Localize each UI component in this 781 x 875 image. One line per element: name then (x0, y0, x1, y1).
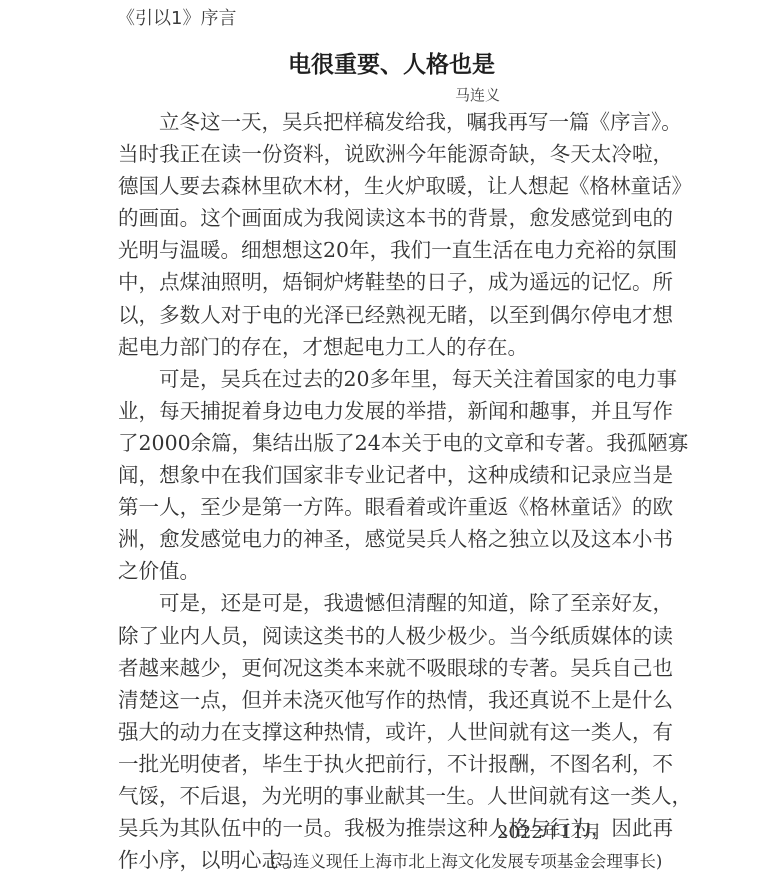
text-line: 闻，想象中在我们国家非专业记者中，这种成绩和记录应当是 (118, 459, 673, 491)
text-line: 立冬这一天，吴兵把样稿发给我，嘱我再写一篇《序言》。 (118, 106, 673, 138)
text-line: 清楚这一点，但并未浇灭他写作的热情，我还真说不上是什么 (118, 684, 673, 716)
text-line: 了2000余篇，集结出版了24本关于电的文章和专著。我孤陋寡 (118, 427, 673, 459)
text-line: 气馁，不后退，为光明的事业献其一生。人世间就有这一类人， (118, 780, 673, 812)
text-line: 当时我正在读一份资料，说欧洲今年能源奇缺，冬天太冷啦， (118, 138, 673, 170)
text-line: 第一人，至少是第一方阵。眼看着或许重返《格林童话》的欧 (118, 491, 673, 523)
paragraph-2: 可是，吴兵在过去的20多年里，每天关注着国家的电力事 业，每天捕捉着身边电力发展… (118, 363, 673, 588)
text-line: 洲，愈发感觉电力的神圣，感觉吴兵人格之独立以及这本小书 (118, 523, 673, 555)
article-body: 立冬这一天，吴兵把样稿发给我，嘱我再写一篇《序言》。 当时我正在读一份资料，说欧… (118, 106, 673, 875)
text-line: 光明与温暖。细想想这20年，我们一直生活在电力充裕的氛围 (118, 234, 673, 266)
text-line: 的画面。这个画面成为我阅读这本书的背景，愈发感觉到电的 (118, 202, 673, 234)
text-line: 业，每天捕捉着身边电力发展的举措，新闻和趣事，并且写作 (118, 395, 673, 427)
text-line: 起电力部门的存在，才想起电力工人的存在。 (118, 331, 673, 363)
text-line: 之价值。 (118, 555, 673, 587)
text-line: 强大的动力在支撑这种热情，或许，人世间就有这一类人，有 (118, 716, 673, 748)
text-line: 德国人要去森林里砍木材，生火炉取暖，让人想起《格林童话》 (118, 170, 673, 202)
section-label: 《引以1》序言 (117, 4, 236, 30)
text-line: 以，多数人对于电的光泽已经熟视无睹，以至到偶尔停电才想 (118, 299, 673, 331)
article-date: 2022年11月 (497, 818, 602, 844)
paragraph-1: 立冬这一天，吴兵把样稿发给我，嘱我再写一篇《序言》。 当时我正在读一份资料，说欧… (118, 106, 673, 363)
text-line: 除了业内人员，阅读这类书的人极少极少。当今纸质媒体的读 (118, 620, 673, 652)
author-note: (马连义现任上海市北上海文化发展专项基金会理事长) (270, 848, 662, 872)
text-line: 可是，吴兵在过去的20多年里，每天关注着国家的电力事 (118, 363, 673, 395)
article-author: 马连义 (455, 84, 500, 105)
article-title: 电很重要、人格也是 (0, 46, 781, 79)
text-line: 可是，还是可是，我遗憾但清醒的知道，除了至亲好友， (118, 587, 673, 619)
text-line: 中，点煤油照明，焐铜炉烤鞋垫的日子，成为遥远的记忆。所 (118, 266, 673, 298)
text-line: 一批光明使者，毕生于执火把前行，不计报酬，不图名利，不 (118, 748, 673, 780)
text-line: 者越来越少，更何况这类本来就不吸眼球的专著。吴兵自己也 (118, 652, 673, 684)
